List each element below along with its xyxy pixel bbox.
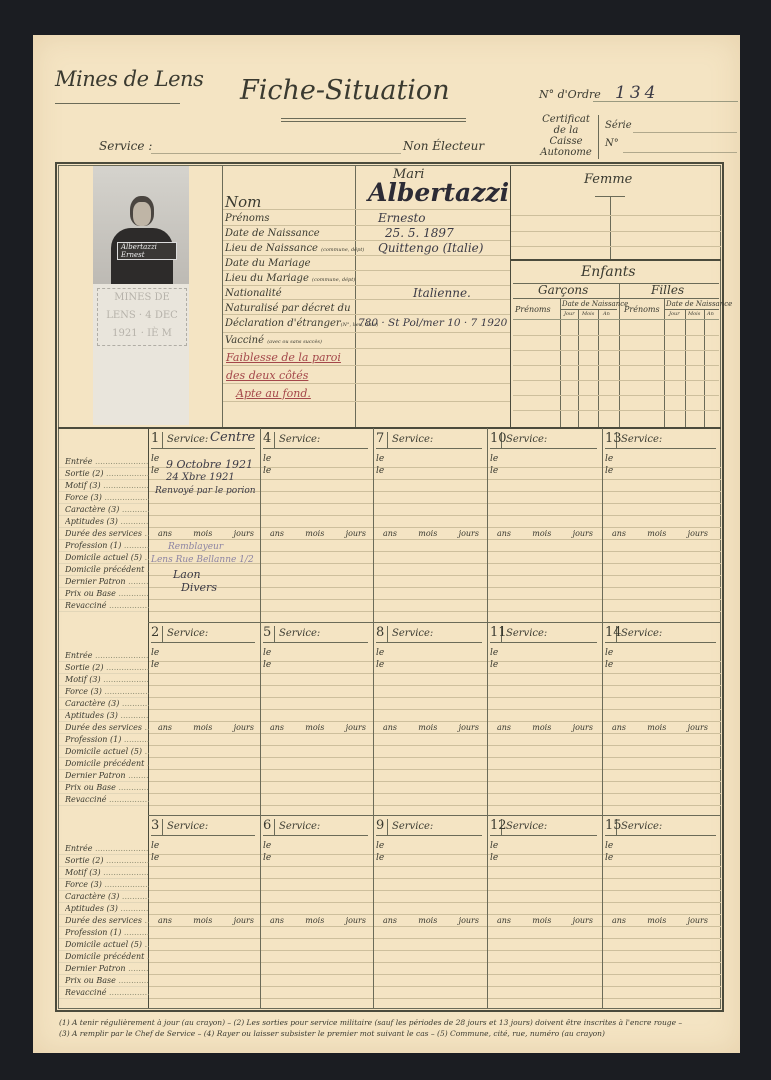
ans-label: ans	[497, 916, 511, 925]
divider	[513, 298, 719, 299]
serie-label: Série	[605, 120, 632, 131]
service-label: Service:	[167, 434, 208, 445]
row-label: Domicile actuel (5)	[65, 747, 149, 756]
service-number: 13	[605, 431, 622, 446]
label-nom: Nom	[225, 193, 261, 211]
non-electeur-label: Non Électeur	[403, 139, 484, 153]
service-label: Service:	[621, 628, 662, 639]
sortie-le: le	[605, 660, 613, 670]
duree-fields[interactable]: ansmoisjours	[270, 529, 366, 538]
duree-fields[interactable]: ansmoisjours	[158, 723, 254, 732]
duree-fields[interactable]: ansmoisjours	[158, 529, 254, 538]
footnote-line-2: (3) A remplir par le Chef de Service – (…	[59, 1028, 724, 1039]
row-label: Entrée	[65, 844, 149, 853]
sortie-le: le	[263, 466, 271, 476]
duree-fields[interactable]: ansmoisjours	[497, 916, 593, 925]
ans-label: ans	[497, 723, 511, 732]
duree-fields[interactable]: ansmoisjours	[383, 723, 479, 732]
service-label: Service:	[506, 821, 547, 832]
entree-le: le	[263, 454, 271, 464]
duree-fields[interactable]: ansmoisjours	[383, 529, 479, 538]
mois-label: mois	[532, 916, 551, 925]
photo-sign-line2: Ernest	[121, 251, 176, 259]
sortie-le: le	[151, 853, 159, 863]
divider	[55, 103, 180, 104]
service-number: 2	[151, 625, 159, 640]
label-vaccine: Vacciné (avec ou sans succès)	[225, 335, 322, 346]
brand-name: Mines de Lens	[55, 67, 203, 91]
sortie-le: le	[605, 853, 613, 863]
mois-label: mois	[647, 529, 666, 538]
row-label: Durée des services	[65, 529, 149, 538]
page-title: Fiche-Situation	[240, 75, 450, 106]
mois-label: mois	[647, 916, 666, 925]
garcons-mois-header: Mois	[582, 311, 594, 317]
medical-note-1: Faiblesse de la paroi	[226, 351, 341, 364]
row-label: Domicile actuel (5)	[65, 940, 149, 949]
label-lieu-mariage: Lieu du Mariage (commune, dépt)	[225, 273, 355, 284]
value-prenoms[interactable]: Ernesto	[378, 211, 426, 225]
jours-label: jours	[459, 529, 479, 538]
row-label: Motif (3)	[65, 481, 149, 490]
entree-le: le	[605, 454, 613, 464]
mois-label: mois	[418, 529, 437, 538]
duree-fields[interactable]: ansmoisjours	[270, 916, 366, 925]
entree-le: le	[376, 841, 384, 851]
label-date-mariage: Date du Mariage	[225, 258, 311, 269]
service-label: Service:	[167, 821, 208, 832]
row-label: Durée des services	[65, 916, 149, 925]
sortie-le: le	[151, 466, 159, 476]
service-number: 1	[151, 431, 159, 446]
filles-jour-header: Jour	[669, 311, 680, 317]
service-1-domicile-precedent[interactable]: Laon	[173, 568, 201, 581]
service-label: Service:	[392, 434, 433, 445]
mois-label: mois	[418, 916, 437, 925]
jours-label: jours	[459, 916, 479, 925]
row-label: Sortie (2)	[65, 469, 149, 478]
sortie-le: le	[605, 466, 613, 476]
section-divider	[58, 427, 721, 429]
row-label: Caractère (3)	[65, 892, 149, 901]
service-1-entree[interactable]: 9 Octobre 1921	[166, 458, 253, 471]
garcons-title: Garçons	[538, 283, 588, 297]
service-1-sortie[interactable]: 24 Xbre 1921	[166, 472, 235, 483]
entree-le: le	[490, 841, 498, 851]
photo-stamp: MINES DE LENS · 4 DEC 1921 · IÈ M	[97, 288, 187, 346]
row-label: Aptitudes (3)	[65, 904, 149, 913]
row-label: Dernier Patron	[65, 771, 149, 780]
row-label: Aptitudes (3)	[65, 711, 149, 720]
row-label: Caractère (3)	[65, 699, 149, 708]
jours-label: jours	[459, 723, 479, 732]
ordre-value[interactable]: 134	[615, 83, 659, 103]
service-field[interactable]	[151, 153, 401, 154]
service-label: Service:	[279, 628, 320, 639]
row-label: Revacciné	[65, 795, 149, 804]
label-naturalise: Naturalisé par décret du	[225, 303, 351, 314]
value-nom[interactable]: Albertazzi	[368, 178, 509, 207]
ans-label: ans	[383, 723, 397, 732]
entree-le: le	[490, 454, 498, 464]
row-label: Force (3)	[65, 493, 149, 502]
ans-label: ans	[270, 529, 284, 538]
service-label: Service :	[99, 139, 152, 153]
duree-fields[interactable]: ansmoisjours	[612, 723, 708, 732]
mois-label: mois	[532, 723, 551, 732]
numero-field[interactable]	[623, 152, 737, 153]
entree-le: le	[263, 648, 271, 658]
photo-name-sign: Albertazzi Ernest	[117, 242, 177, 260]
service-number: 9	[376, 818, 384, 833]
row-label: Revacciné	[65, 988, 149, 997]
jours-label: jours	[346, 723, 366, 732]
divider	[222, 166, 223, 428]
row-label: Profession (1)	[65, 928, 149, 937]
ans-label: ans	[158, 916, 172, 925]
row-label: Profession (1)	[65, 735, 149, 744]
service-number: 11	[490, 625, 507, 640]
label-nationalite: Nationalité	[225, 288, 282, 299]
row-label: Force (3)	[65, 687, 149, 696]
femme-enfants-divider	[511, 259, 721, 261]
ans-label: ans	[497, 529, 511, 538]
service-label: Service:	[279, 821, 320, 832]
divider	[598, 115, 599, 159]
mois-label: mois	[193, 723, 212, 732]
row-label: Motif (3)	[65, 868, 149, 877]
row-label: Profession (1)	[65, 541, 149, 550]
enfants-title: Enfants	[581, 264, 636, 280]
divider	[281, 121, 466, 122]
medical-note-2: des deux côtés	[226, 369, 308, 382]
footnote-line-1: (1) A tenir régulièrement à jour (au cra…	[59, 1017, 724, 1028]
numero-label: N°	[605, 138, 619, 149]
service-number: 5	[263, 625, 271, 640]
service-label: Service:	[392, 821, 433, 832]
sortie-le: le	[376, 660, 384, 670]
mois-label: mois	[418, 723, 437, 732]
service-number: 4	[263, 431, 271, 446]
sortie-le: le	[263, 853, 271, 863]
label-declaration: Déclaration d'étranger(N°, lieu, date)	[225, 318, 378, 329]
service-number: 12	[490, 818, 507, 833]
certificat-label: Certificat de la Caisse Autonome	[536, 114, 596, 158]
divider	[281, 118, 466, 119]
entree-le: le	[151, 648, 159, 658]
row-label: Motif (3)	[65, 675, 149, 684]
ans-label: ans	[383, 916, 397, 925]
ans-label: ans	[612, 723, 626, 732]
service-number: 7	[376, 431, 384, 446]
filles-title: Filles	[651, 283, 684, 297]
row-label: Dernier Patron	[65, 577, 149, 586]
garcons-an-header: An	[603, 311, 610, 317]
mois-label: mois	[305, 723, 324, 732]
jours-label: jours	[688, 916, 708, 925]
jours-label: jours	[234, 529, 254, 538]
row-label: Aptitudes (3)	[65, 517, 149, 526]
entree-le: le	[376, 454, 384, 464]
ordre-label: N° d'Ordre	[539, 88, 601, 101]
row-label: Revacciné	[65, 601, 149, 610]
row-label: Force (3)	[65, 880, 149, 889]
service-label: Service:	[392, 628, 433, 639]
entree-le: le	[151, 841, 159, 851]
jours-label: jours	[573, 916, 593, 925]
duree-fields[interactable]: ansmoisjours	[612, 916, 708, 925]
service-number: 10	[490, 431, 507, 446]
entree-le: le	[490, 648, 498, 658]
row-label: Prix ou Base	[65, 589, 149, 598]
ans-label: ans	[612, 529, 626, 538]
femme-title: Femme	[584, 172, 632, 187]
row-label: Durée des services	[65, 723, 149, 732]
jours-label: jours	[346, 916, 366, 925]
service-label: Service:	[279, 434, 320, 445]
duree-fields[interactable]: ansmoisjours	[497, 529, 593, 538]
jours-label: jours	[573, 529, 593, 538]
label-lieu-naissance: Lieu de Naissance (commune, dépt)	[225, 243, 364, 254]
row-label: Entrée	[65, 651, 149, 660]
jours-label: jours	[346, 529, 366, 538]
service-number: 3	[151, 818, 159, 833]
ans-label: ans	[612, 916, 626, 925]
mois-label: mois	[305, 529, 324, 538]
ans-label: ans	[270, 723, 284, 732]
garcons-date-header: Date de Naissance	[562, 300, 628, 308]
service-label: Service:	[621, 821, 662, 832]
duree-fields[interactable]: ansmoisjours	[383, 916, 479, 925]
label-prenoms: Prénoms	[225, 213, 270, 224]
filles-date-header: Date de Naissance	[666, 300, 732, 308]
row-label: Caractère (3)	[65, 505, 149, 514]
row-label: Domicile précédent	[65, 759, 149, 768]
service-1-profession[interactable]: Remblayeur	[168, 542, 223, 552]
service-name[interactable]: Centre	[210, 430, 255, 445]
row-label: Sortie (2)	[65, 856, 149, 865]
sortie-le: le	[376, 466, 384, 476]
sortie-le: le	[376, 853, 384, 863]
service-label: Service:	[506, 434, 547, 445]
service-label: Service:	[167, 628, 208, 639]
value-lieu-naissance[interactable]: Quittengo (Italie)	[378, 241, 483, 255]
ans-label: ans	[158, 723, 172, 732]
sortie-le: le	[151, 660, 159, 670]
row-label: Prix ou Base	[65, 783, 149, 792]
medical-note-3: Apte au fond.	[236, 387, 311, 400]
entree-le: le	[605, 841, 613, 851]
garcons-jour-header: Jour	[564, 311, 575, 317]
duree-fields[interactable]: ansmoisjours	[612, 529, 708, 538]
value-nationalite[interactable]: Italienne.	[413, 286, 471, 300]
filles-mois-header: Mois	[688, 311, 700, 317]
entree-le: le	[376, 648, 384, 658]
divider	[510, 166, 511, 428]
document-page: Mines de Lens Fiche-Situation N° d'Ordre…	[33, 35, 740, 1053]
filles-an-header: An	[707, 311, 714, 317]
service-1-dernier-patron[interactable]: Divers	[181, 581, 217, 594]
sortie-le: le	[490, 660, 498, 670]
divider	[610, 196, 611, 259]
row-label: Domicile précédent	[65, 565, 149, 574]
identity-photo: Albertazzi Ernest MINES DE LENS · 4 DEC …	[93, 166, 189, 425]
service-label: Service:	[506, 628, 547, 639]
value-declaration[interactable]: 780 · St Pol/mer 10 · 7 1920	[358, 317, 507, 329]
ans-label: ans	[158, 529, 172, 538]
duree-fields[interactable]: ansmoisjours	[270, 723, 366, 732]
service-number: 6	[263, 818, 271, 833]
jours-label: jours	[688, 529, 708, 538]
ans-label: ans	[270, 916, 284, 925]
serie-field[interactable]	[633, 132, 737, 133]
service-label: Service:	[621, 434, 662, 445]
row-label: Domicile actuel (5)	[65, 553, 149, 562]
row-label: Prix ou Base	[65, 976, 149, 985]
sortie-le: le	[490, 466, 498, 476]
label-date-naissance: Date de Naissance	[225, 228, 320, 239]
mois-label: mois	[532, 529, 551, 538]
value-date-naissance[interactable]: 25. 5. 1897	[385, 226, 454, 240]
row-label: Domicile précédent	[65, 952, 149, 961]
footnotes: (1) A tenir régulièrement à jour (au cra…	[59, 1017, 724, 1039]
row-label: Dernier Patron	[65, 964, 149, 973]
duree-fields[interactable]: ansmoisjours	[497, 723, 593, 732]
jours-label: jours	[234, 916, 254, 925]
mois-label: mois	[193, 916, 212, 925]
entree-le: le	[605, 648, 613, 658]
row-label: Entrée	[65, 457, 149, 466]
divider	[355, 166, 356, 428]
sortie-le: le	[263, 660, 271, 670]
service-number: 8	[376, 625, 384, 640]
garcons-prenoms-header: Prénoms	[515, 305, 551, 314]
sortie-le: le	[490, 853, 498, 863]
duree-fields[interactable]: ansmoisjours	[158, 916, 254, 925]
photo-sign-line1: Albertazzi	[121, 243, 176, 251]
jours-label: jours	[573, 723, 593, 732]
service-number: 14	[605, 625, 622, 640]
row-label: Sortie (2)	[65, 663, 149, 672]
mois-label: mois	[193, 529, 212, 538]
mois-label: mois	[647, 723, 666, 732]
service-1-motif[interactable]: Renvoyé par le porion	[155, 486, 256, 496]
entree-le: le	[151, 454, 159, 464]
filles-prenoms-header: Prénoms	[624, 305, 660, 314]
entree-le: le	[263, 841, 271, 851]
photo-face	[133, 202, 151, 226]
service-number: 15	[605, 818, 622, 833]
mois-label: mois	[305, 916, 324, 925]
ans-label: ans	[383, 529, 397, 538]
jours-label: jours	[688, 723, 708, 732]
jours-label: jours	[234, 723, 254, 732]
service-1-domicile-actuel[interactable]: Lens Rue Bellanne 1/2	[151, 555, 254, 565]
